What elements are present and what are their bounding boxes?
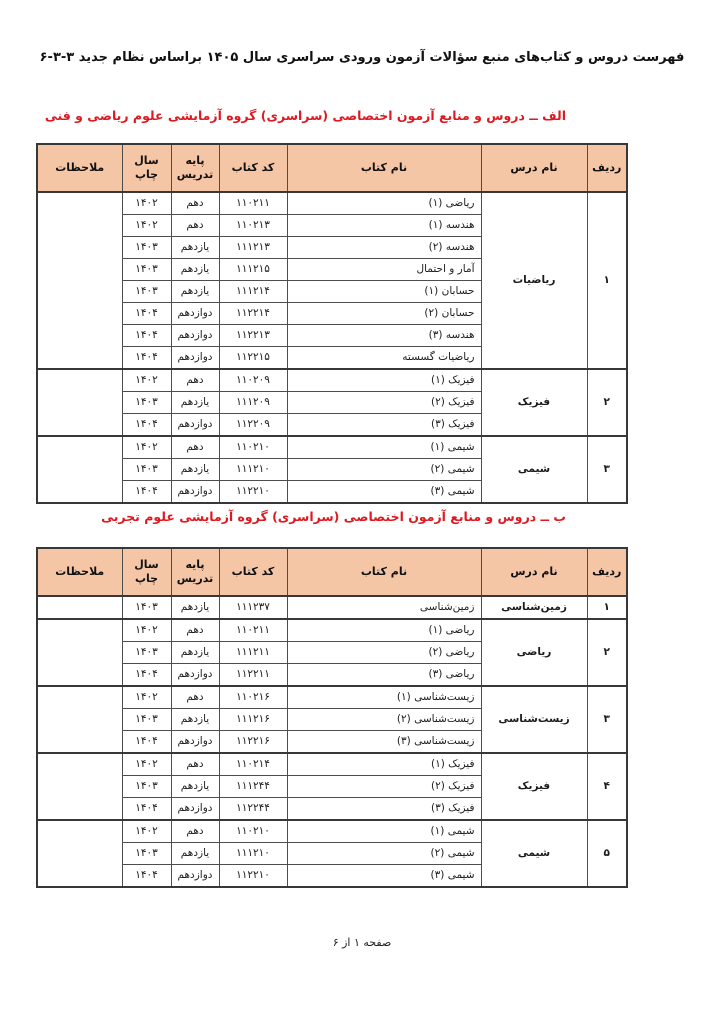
header-grade-line1: پایه (185, 154, 204, 167)
notes-cell (37, 820, 122, 887)
book-code-cell: ۱۱۲۲۱۱ (219, 664, 287, 687)
book-name-cell: فیزیک (۱) (287, 369, 481, 392)
section-a-heading: الف ــ دروس و منابع آزمون اختصاصی (سراسر… (45, 108, 566, 123)
header-print-year: سالچاپ (122, 548, 171, 596)
teaching-grade-cell: دهم (171, 820, 219, 843)
teaching-grade-cell: یازدهم (171, 281, 219, 303)
book-code-cell: ۱۱۲۲۱۰ (219, 481, 287, 504)
book-code-cell: ۱۱۰۲۱۰ (219, 820, 287, 843)
teaching-grade-cell: دهم (171, 753, 219, 776)
print-year-cell: ۱۴۰۳ (122, 392, 171, 414)
book-row: ۵شیمیشیمی (۱)۱۱۰۲۱۰دهم۱۴۰۲ (37, 820, 627, 843)
book-code-cell: ۱۱۱۲۱۳ (219, 237, 287, 259)
book-name-cell: فیزیک (۱) (287, 753, 481, 776)
teaching-grade-cell: یازدهم (171, 237, 219, 259)
notes-cell (37, 436, 122, 503)
teaching-grade-cell: یازدهم (171, 709, 219, 731)
header-row-number: ردیف (587, 144, 627, 192)
book-name-cell: هندسه (۱) (287, 215, 481, 237)
table-header-row: ردیف نام درس نام کتاب کد کتاب پایهتدریس … (37, 548, 627, 596)
section-b-table-body: ۱زمین‌شناسیزمین‌شناسی۱۱۱۲۳۷یازدهم۱۴۰۳۲ری… (37, 596, 627, 887)
teaching-grade-cell: یازدهم (171, 596, 219, 619)
book-row: ۱ریاضیاتریاضی (۱)۱۱۰۲۱۱دهم۱۴۰۲ (37, 192, 627, 215)
notes-cell (37, 192, 122, 369)
header-notes: ملاحظات (37, 548, 122, 596)
book-name-cell: فیزیک (۳) (287, 414, 481, 437)
book-code-cell: ۱۱۲۲۱۶ (219, 731, 287, 754)
book-code-cell: ۱۱۰۲۰۹ (219, 369, 287, 392)
course-name-cell: زیست‌شناسی (481, 686, 587, 753)
book-name-cell: شیمی (۱) (287, 436, 481, 459)
book-row: ۲ریاضیریاضی (۱)۱۱۰۲۱۱دهم۱۴۰۲ (37, 619, 627, 642)
teaching-grade-cell: دهم (171, 619, 219, 642)
section-a-table: ردیف نام درس نام کتاب کد کتاب پایهتدریس … (36, 143, 628, 504)
teaching-grade-cell: یازدهم (171, 459, 219, 481)
header-teaching-grade: پایهتدریس (171, 144, 219, 192)
print-year-cell: ۱۴۰۲ (122, 215, 171, 237)
teaching-grade-cell: دوازدهم (171, 303, 219, 325)
print-year-cell: ۱۴۰۳ (122, 642, 171, 664)
header-year-line2: چاپ (135, 168, 158, 181)
row-number-cell: ۱ (587, 192, 627, 369)
notes-cell (37, 596, 122, 619)
document-title: فهرست دروس و کتاب‌های منبع سؤالات آزمون … (0, 50, 724, 65)
header-book-code: کد کتاب (219, 144, 287, 192)
book-code-cell: ۱۱۰۲۱۳ (219, 215, 287, 237)
teaching-grade-cell: دوازدهم (171, 798, 219, 821)
book-code-cell: ۱۱۲۲۱۰ (219, 865, 287, 888)
book-row: ۳شیمیشیمی (۱)۱۱۰۲۱۰دهم۱۴۰۲ (37, 436, 627, 459)
print-year-cell: ۱۴۰۳ (122, 237, 171, 259)
book-code-cell: ۱۱۱۲۱۴ (219, 281, 287, 303)
course-name-cell: فیزیک (481, 753, 587, 820)
book-name-cell: زیست‌شناسی (۳) (287, 731, 481, 754)
book-code-cell: ۱۱۱۲۱۰ (219, 843, 287, 865)
teaching-grade-cell: دوازدهم (171, 325, 219, 347)
notes-cell (37, 753, 122, 820)
book-name-cell: ریاضیات گسسته (287, 347, 481, 370)
print-year-cell: ۱۴۰۲ (122, 820, 171, 843)
book-code-cell: ۱۱۰۲۱۰ (219, 436, 287, 459)
book-name-cell: زیست‌شناسی (۱) (287, 686, 481, 709)
book-name-cell: زمین‌شناسی (287, 596, 481, 619)
course-name-cell: ریاضیات (481, 192, 587, 369)
book-name-cell: شیمی (۲) (287, 459, 481, 481)
book-name-cell: فیزیک (۳) (287, 798, 481, 821)
teaching-grade-cell: دوازدهم (171, 664, 219, 687)
book-name-cell: شیمی (۳) (287, 481, 481, 504)
print-year-cell: ۱۴۰۳ (122, 259, 171, 281)
row-number-cell: ۴ (587, 753, 627, 820)
header-course-name: نام درس (481, 548, 587, 596)
book-code-cell: ۱۱۲۲۱۴ (219, 303, 287, 325)
book-row: ۴فیزیکفیزیک (۱)۱۱۰۲۱۴دهم۱۴۰۲ (37, 753, 627, 776)
header-grade-line2: تدریس (177, 572, 214, 585)
section-b-table: ردیف نام درس نام کتاب کد کتاب پایهتدریس … (36, 547, 628, 888)
book-name-cell: شیمی (۲) (287, 843, 481, 865)
header-grade-line2: تدریس (177, 168, 214, 181)
print-year-cell: ۱۴۰۴ (122, 798, 171, 821)
teaching-grade-cell: یازدهم (171, 776, 219, 798)
book-code-cell: ۱۱۱۲۳۷ (219, 596, 287, 619)
header-book-code: کد کتاب (219, 548, 287, 596)
teaching-grade-cell: دهم (171, 686, 219, 709)
print-year-cell: ۱۴۰۴ (122, 865, 171, 888)
print-year-cell: ۱۴۰۴ (122, 303, 171, 325)
teaching-grade-cell: یازدهم (171, 642, 219, 664)
print-year-cell: ۱۴۰۲ (122, 619, 171, 642)
course-name-cell: فیزیک (481, 369, 587, 436)
header-year-line2: چاپ (135, 572, 158, 585)
book-row: ۲فیزیکفیزیک (۱)۱۱۰۲۰۹دهم۱۴۰۲ (37, 369, 627, 392)
header-row-number: ردیف (587, 548, 627, 596)
book-name-cell: فیزیک (۲) (287, 776, 481, 798)
header-year-line1: سال (134, 154, 159, 167)
book-name-cell: زیست‌شناسی (۲) (287, 709, 481, 731)
book-code-cell: ۱۱۲۲۱۵ (219, 347, 287, 370)
teaching-grade-cell: دهم (171, 436, 219, 459)
book-code-cell: ۱۱۲۲۰۹ (219, 414, 287, 437)
header-teaching-grade: پایهتدریس (171, 548, 219, 596)
print-year-cell: ۱۴۰۳ (122, 776, 171, 798)
section-b-heading: ب ــ دروس و منابع آزمون اختصاصی (سراسری)… (101, 509, 566, 524)
book-name-cell: شیمی (۱) (287, 820, 481, 843)
teaching-grade-cell: یازدهم (171, 843, 219, 865)
print-year-cell: ۱۴۰۴ (122, 414, 171, 437)
book-code-cell: ۱۱۲۲۴۴ (219, 798, 287, 821)
teaching-grade-cell: دوازدهم (171, 865, 219, 888)
book-code-cell: ۱۱۰۲۱۴ (219, 753, 287, 776)
teaching-grade-cell: دوازدهم (171, 481, 219, 504)
print-year-cell: ۱۴۰۲ (122, 753, 171, 776)
book-name-cell: آمار و احتمال (287, 259, 481, 281)
book-code-cell: ۱۱۱۲۱۰ (219, 459, 287, 481)
book-code-cell: ۱۱۱۲۱۵ (219, 259, 287, 281)
row-number-cell: ۱ (587, 596, 627, 619)
book-row: ۳زیست‌شناسیزیست‌شناسی (۱)۱۱۰۲۱۶دهم۱۴۰۲ (37, 686, 627, 709)
print-year-cell: ۱۴۰۲ (122, 192, 171, 215)
teaching-grade-cell: دهم (171, 215, 219, 237)
book-code-cell: ۱۱۱۲۱۱ (219, 642, 287, 664)
book-code-cell: ۱۱۱۲۱۶ (219, 709, 287, 731)
document-page: فهرست دروس و کتاب‌های منبع سؤالات آزمون … (0, 0, 724, 1024)
print-year-cell: ۱۴۰۳ (122, 843, 171, 865)
book-name-cell: حسابان (۱) (287, 281, 481, 303)
book-name-cell: حسابان (۲) (287, 303, 481, 325)
teaching-grade-cell: یازدهم (171, 259, 219, 281)
header-grade-line1: پایه (185, 558, 204, 571)
course-name-cell: زمین‌شناسی (481, 596, 587, 619)
book-name-cell: ریاضی (۲) (287, 642, 481, 664)
print-year-cell: ۱۴۰۳ (122, 596, 171, 619)
notes-cell (37, 686, 122, 753)
book-name-cell: شیمی (۳) (287, 865, 481, 888)
course-name-cell: شیمی (481, 820, 587, 887)
print-year-cell: ۱۴۰۴ (122, 664, 171, 687)
print-year-cell: ۱۴۰۳ (122, 281, 171, 303)
header-year-line1: سال (134, 558, 159, 571)
book-name-cell: ریاضی (۱) (287, 619, 481, 642)
header-print-year: سالچاپ (122, 144, 171, 192)
book-code-cell: ۱۱۱۲۴۴ (219, 776, 287, 798)
page-number: صفحه ۱ از ۶ (0, 936, 724, 949)
teaching-grade-cell: دهم (171, 369, 219, 392)
row-number-cell: ۲ (587, 619, 627, 686)
print-year-cell: ۱۴۰۲ (122, 369, 171, 392)
teaching-grade-cell: دوازدهم (171, 347, 219, 370)
table-header-row: ردیف نام درس نام کتاب کد کتاب پایهتدریس … (37, 144, 627, 192)
row-number-cell: ۵ (587, 820, 627, 887)
print-year-cell: ۱۴۰۴ (122, 347, 171, 370)
print-year-cell: ۱۴۰۴ (122, 731, 171, 754)
header-notes: ملاحظات (37, 144, 122, 192)
book-name-cell: هندسه (۲) (287, 237, 481, 259)
teaching-grade-cell: دهم (171, 192, 219, 215)
book-code-cell: ۱۱۰۲۱۱ (219, 192, 287, 215)
book-name-cell: فیزیک (۲) (287, 392, 481, 414)
book-code-cell: ۱۱۲۲۱۳ (219, 325, 287, 347)
header-book-name: نام کتاب (287, 548, 481, 596)
print-year-cell: ۱۴۰۲ (122, 686, 171, 709)
book-name-cell: ریاضی (۳) (287, 664, 481, 687)
print-year-cell: ۱۴۰۲ (122, 436, 171, 459)
section-a-table-body: ۱ریاضیاتریاضی (۱)۱۱۰۲۱۱دهم۱۴۰۲هندسه (۱)۱… (37, 192, 627, 503)
header-book-name: نام کتاب (287, 144, 481, 192)
teaching-grade-cell: دوازدهم (171, 731, 219, 754)
notes-cell (37, 369, 122, 436)
row-number-cell: ۲ (587, 369, 627, 436)
teaching-grade-cell: دوازدهم (171, 414, 219, 437)
row-number-cell: ۳ (587, 436, 627, 503)
book-name-cell: هندسه (۳) (287, 325, 481, 347)
book-code-cell: ۱۱۱۲۰۹ (219, 392, 287, 414)
teaching-grade-cell: یازدهم (171, 392, 219, 414)
book-name-cell: ریاضی (۱) (287, 192, 481, 215)
book-row: ۱زمین‌شناسیزمین‌شناسی۱۱۱۲۳۷یازدهم۱۴۰۳ (37, 596, 627, 619)
print-year-cell: ۱۴۰۳ (122, 709, 171, 731)
course-name-cell: شیمی (481, 436, 587, 503)
print-year-cell: ۱۴۰۴ (122, 325, 171, 347)
book-code-cell: ۱۱۰۲۱۶ (219, 686, 287, 709)
print-year-cell: ۱۴۰۳ (122, 459, 171, 481)
row-number-cell: ۳ (587, 686, 627, 753)
print-year-cell: ۱۴۰۴ (122, 481, 171, 504)
notes-cell (37, 619, 122, 686)
course-name-cell: ریاضی (481, 619, 587, 686)
book-code-cell: ۱۱۰۲۱۱ (219, 619, 287, 642)
header-course-name: نام درس (481, 144, 587, 192)
